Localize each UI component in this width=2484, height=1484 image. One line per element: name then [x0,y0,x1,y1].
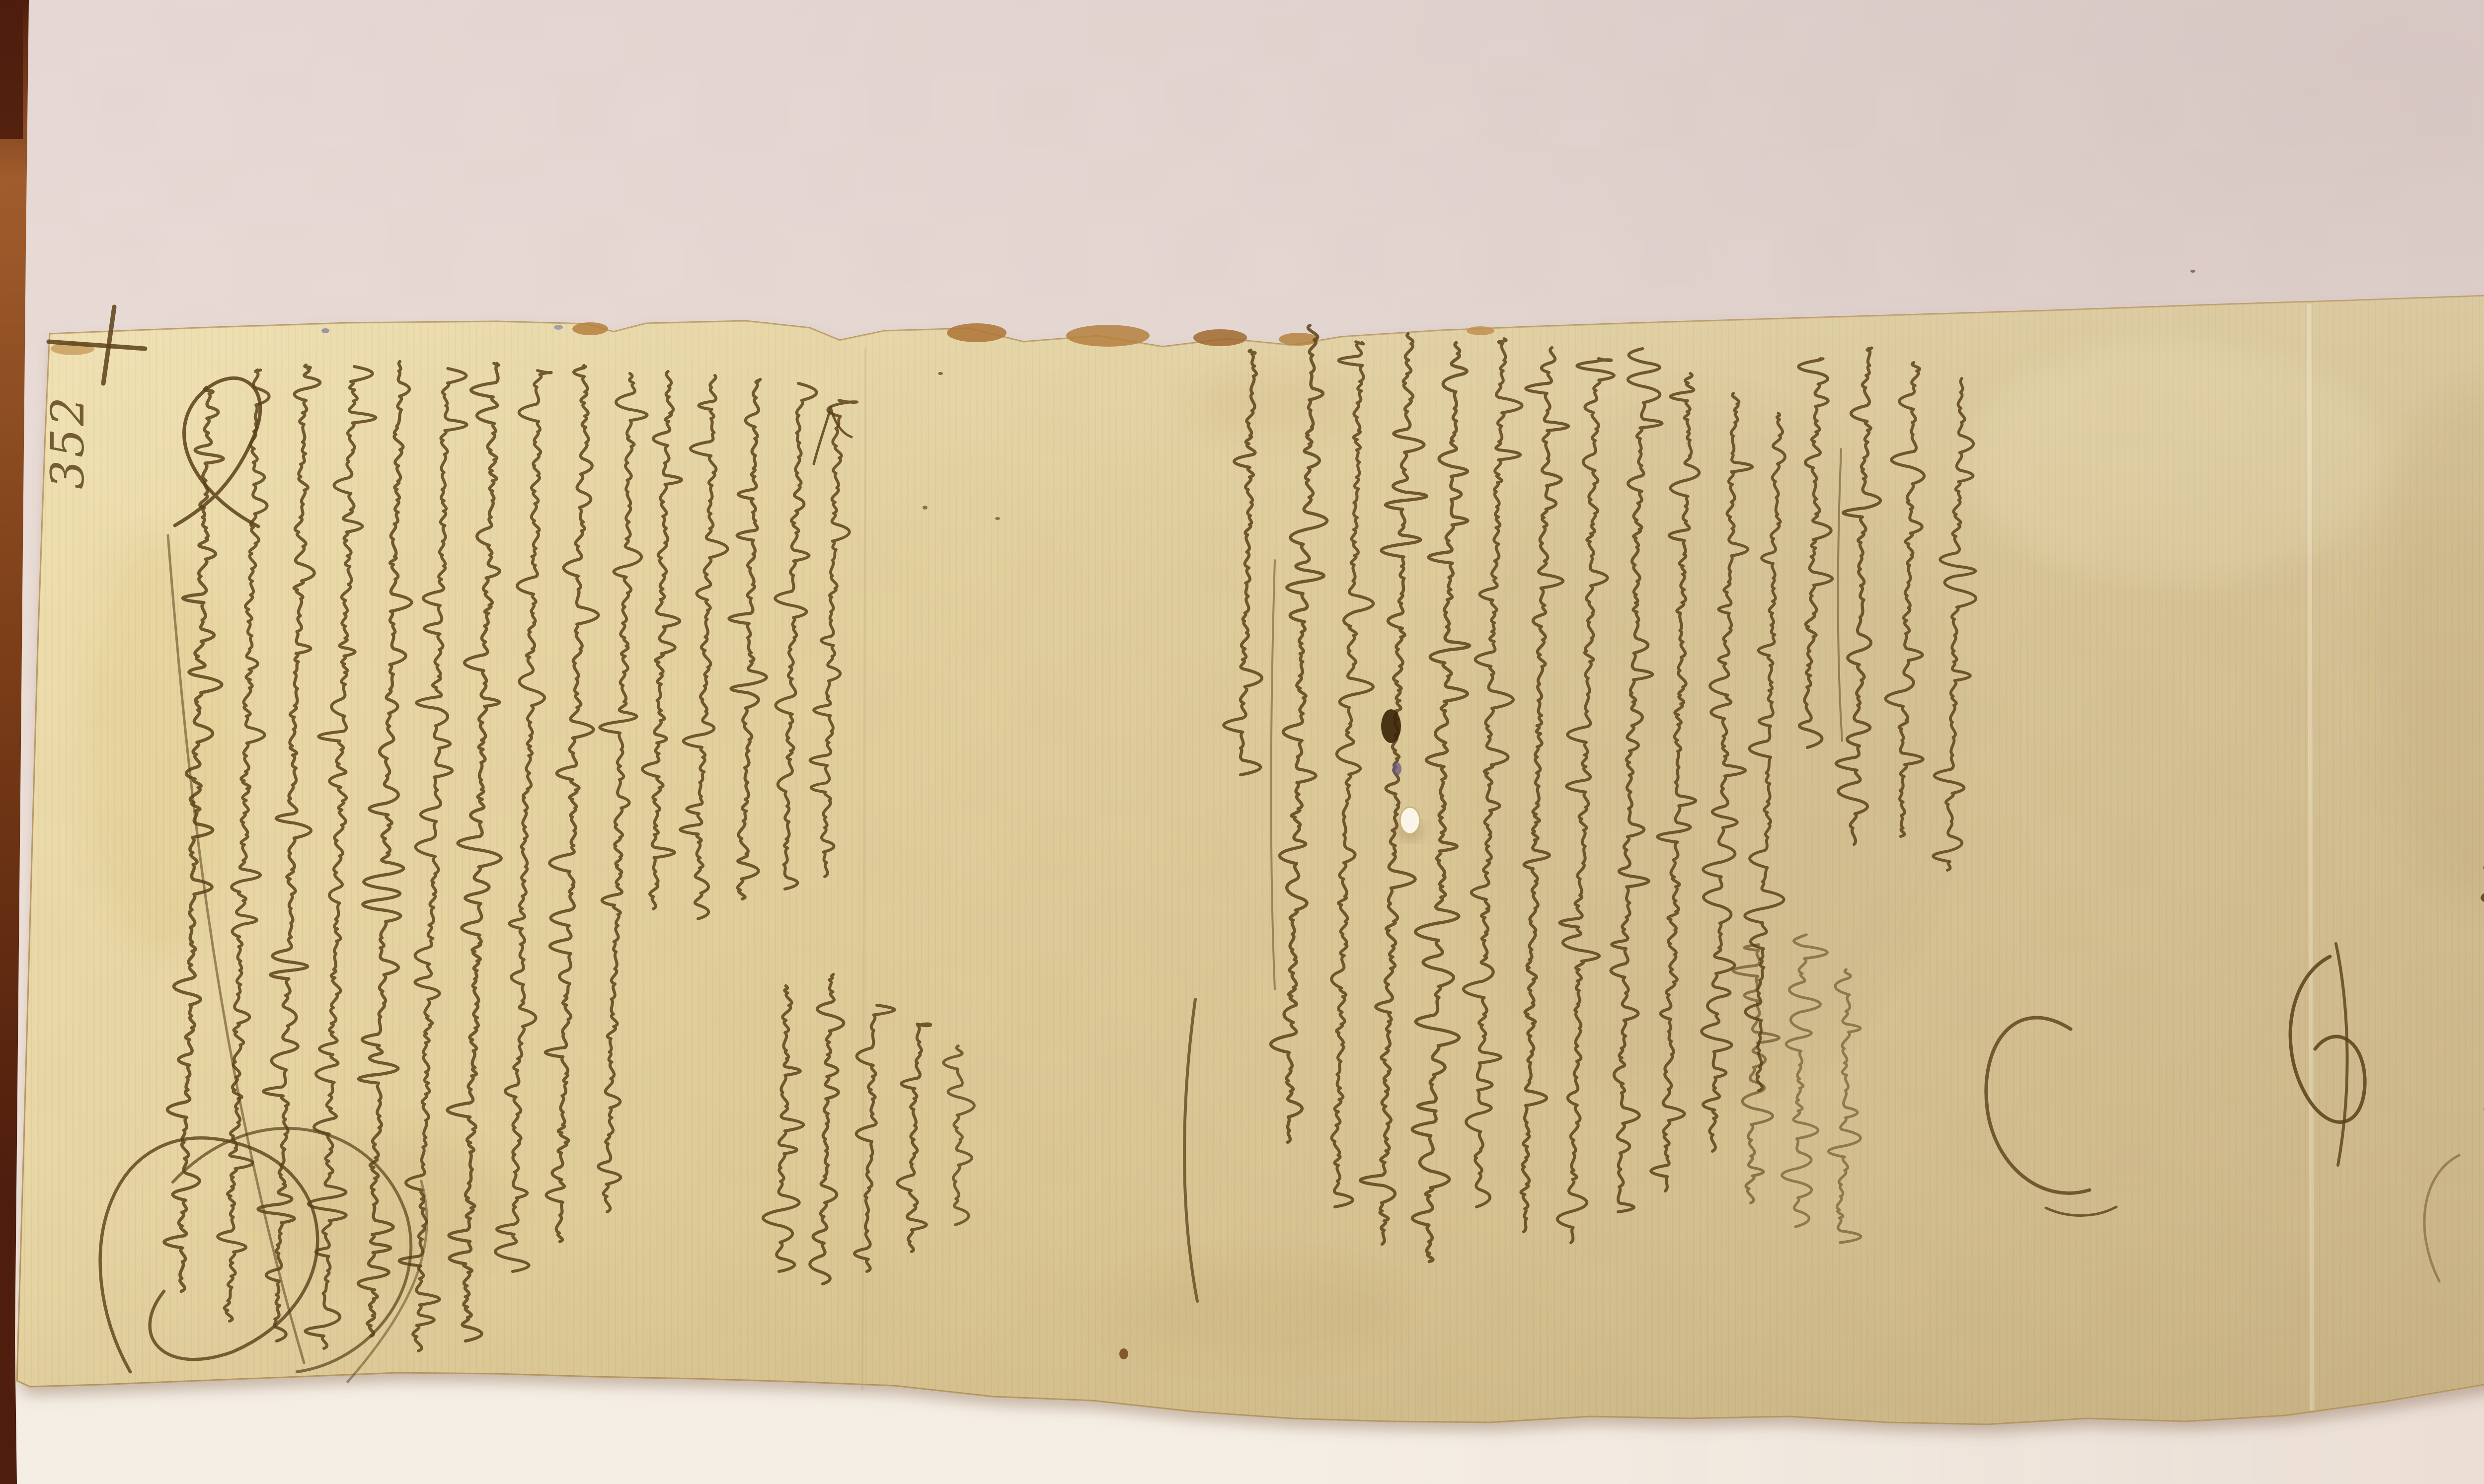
stain [1103,1266,1401,1356]
ink-blot [1393,762,1401,775]
ink-blot [995,517,1000,520]
manuscript-photo: 352 [0,0,2484,1484]
ink-blot [1119,1348,1128,1359]
crease-highlight [2309,304,2312,1410]
ink-blot [923,506,928,510]
torn-edge-chip [1467,326,1494,335]
stain [1197,371,1346,433]
torn-edge-chip [947,323,1007,342]
ink-blot [2190,270,2195,273]
torn-edge-chip [1279,333,1319,346]
ink-blot [938,372,943,375]
folio-number: 352 [41,394,94,489]
stain [1967,343,2385,581]
torn-edge-chip [321,328,329,333]
torn-edge-chip [554,325,563,330]
ink-blot [1381,709,1401,743]
torn-edge-chip [572,322,608,335]
stain [84,536,233,954]
wood-dark-cap [0,0,23,139]
stain [1451,397,1947,1093]
torn-edge-chip [1193,329,1247,346]
torn-edge-chip [1066,325,1150,347]
